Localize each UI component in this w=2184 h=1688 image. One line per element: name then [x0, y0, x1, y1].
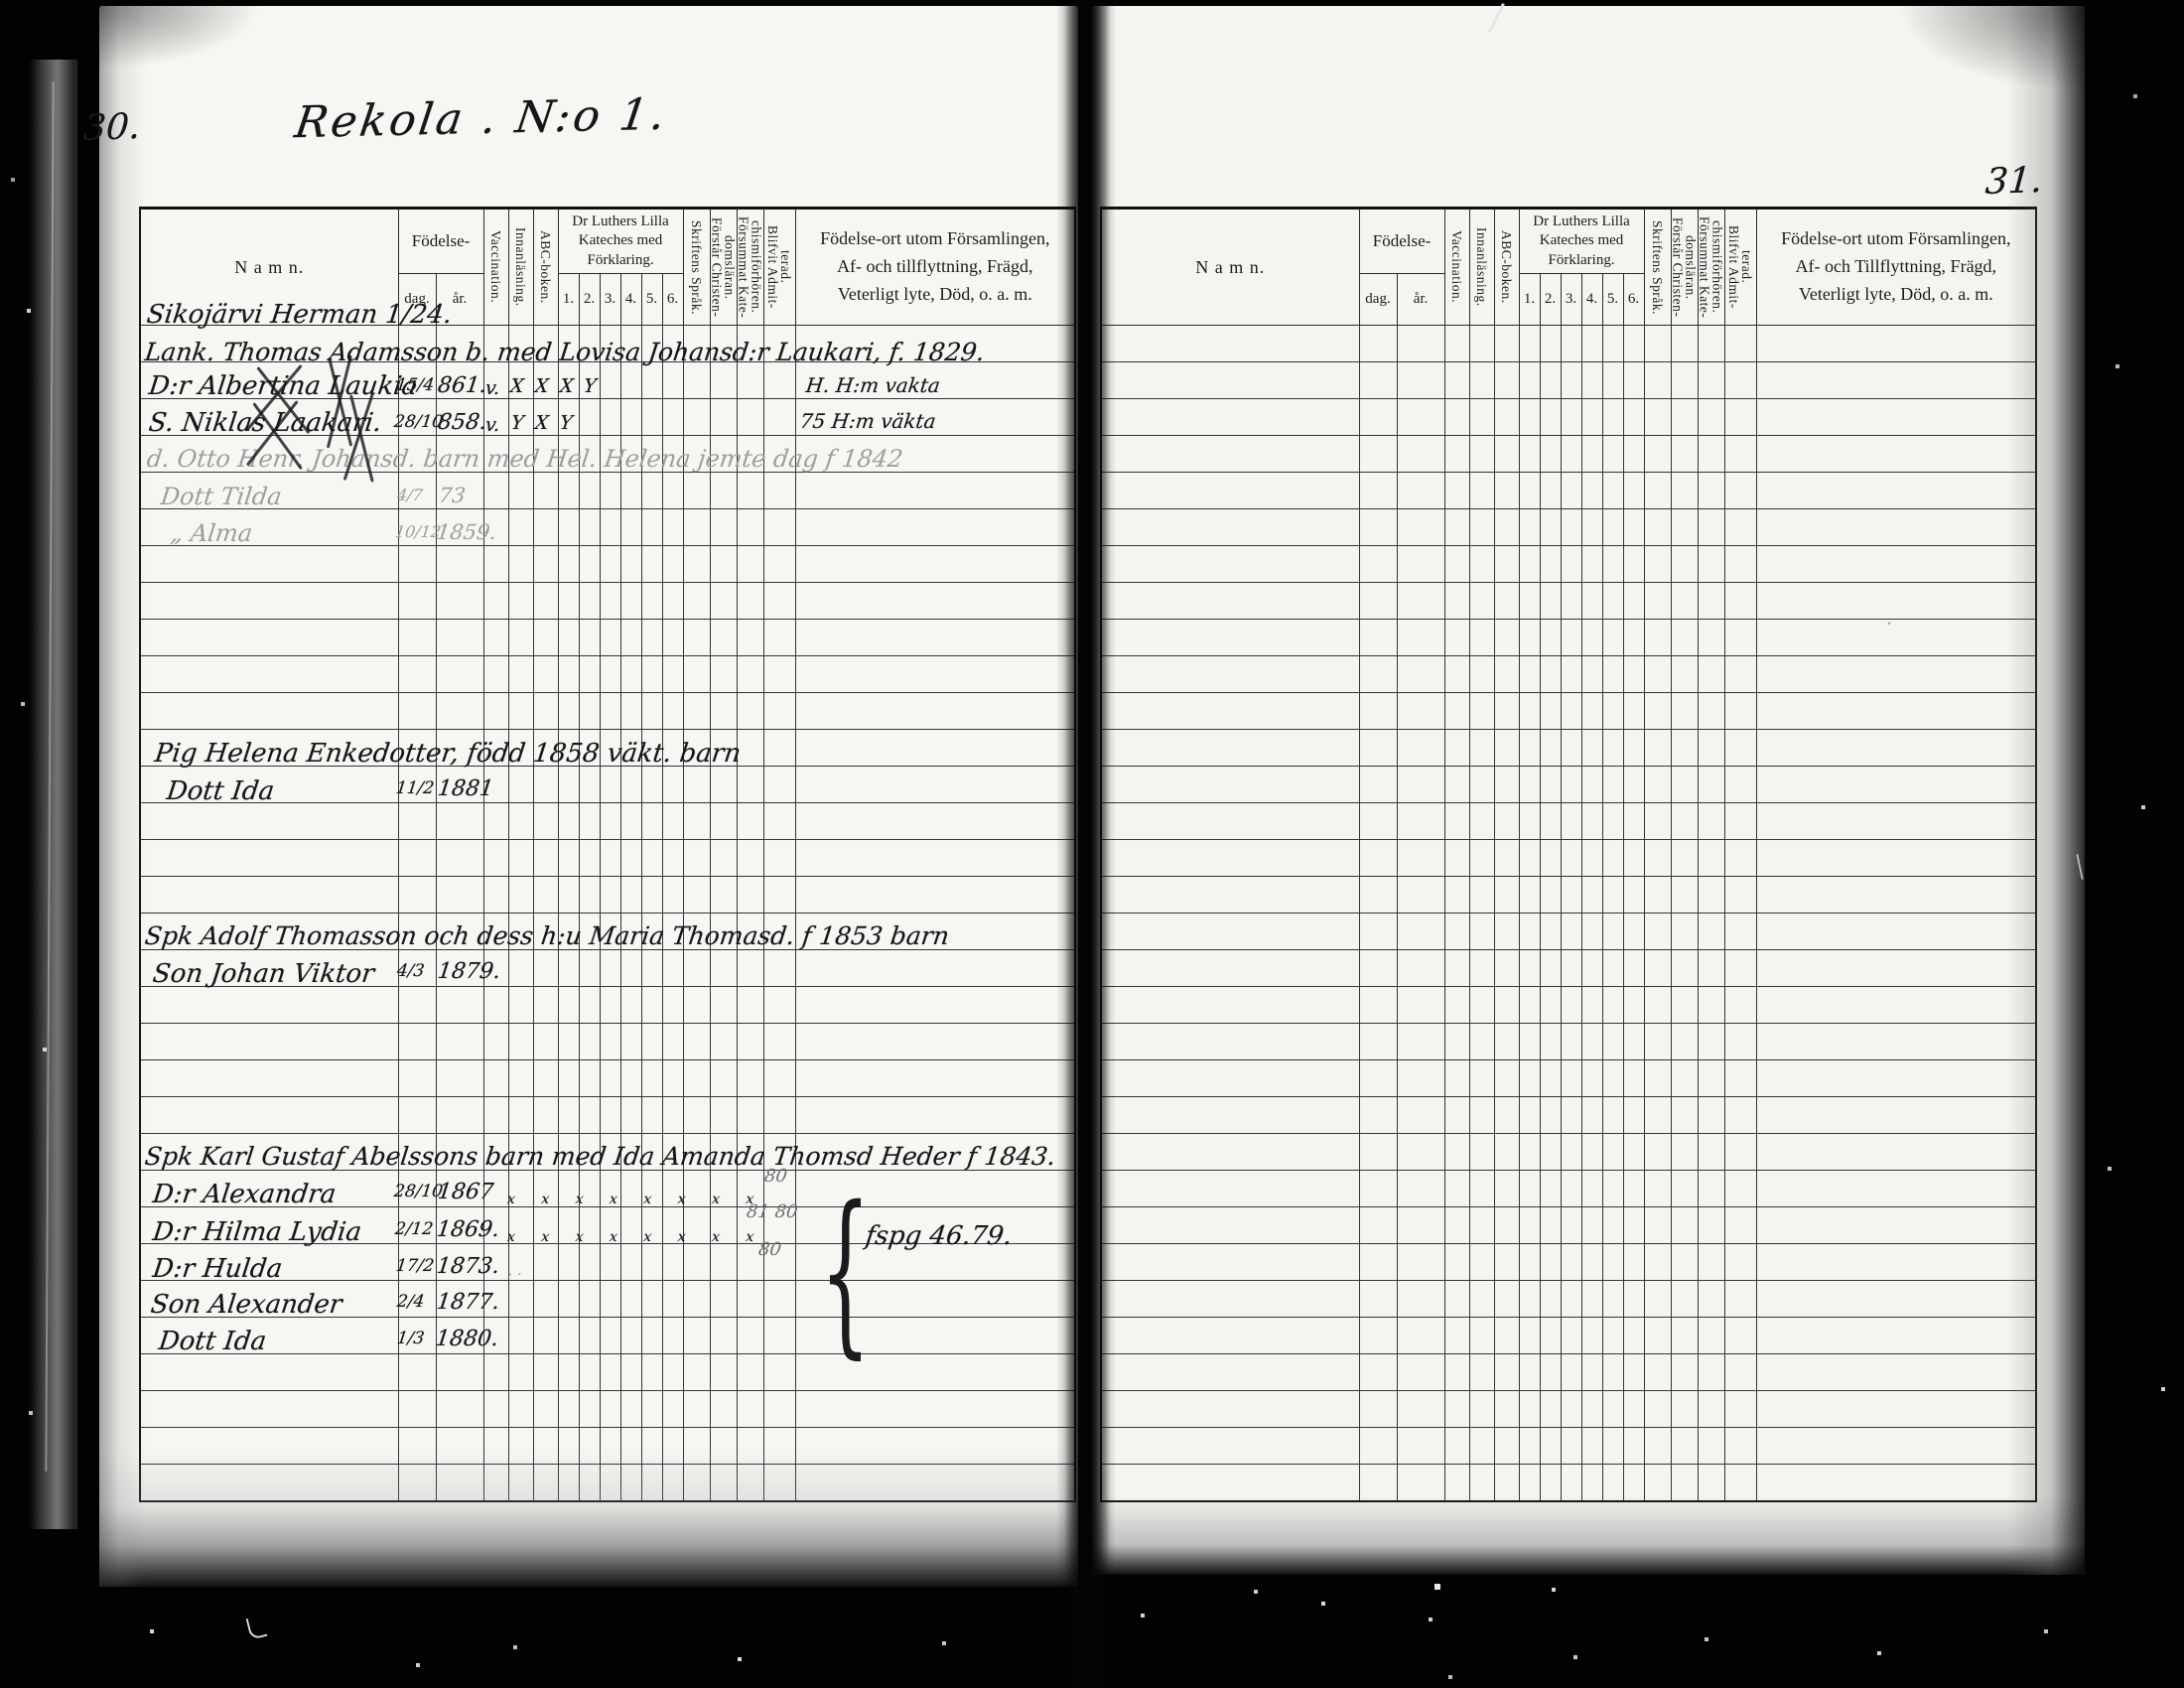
grid-cell — [620, 473, 641, 509]
register-row — [1101, 1281, 2036, 1318]
register-row — [140, 509, 1075, 546]
grid-cell — [763, 803, 795, 840]
grid-cell — [1561, 546, 1581, 583]
grid-cell — [1581, 1207, 1602, 1244]
handwritten-entry: Y — [583, 375, 598, 397]
grid-cell — [1581, 1428, 1602, 1465]
grid-cell — [508, 877, 533, 914]
grid-cell — [1581, 436, 1602, 473]
col-header-kateches-5: 5. — [641, 274, 662, 326]
handwritten-entry: 80 — [757, 1239, 782, 1260]
grid-cell — [1101, 546, 1359, 583]
grid-cell — [483, 987, 508, 1024]
grid-cell — [533, 656, 558, 693]
handwritten-entry: X — [534, 412, 550, 434]
grid-cell — [398, 583, 436, 620]
grid-cell — [1397, 1318, 1444, 1354]
grid-cell — [140, 1097, 398, 1134]
grid-cell — [1540, 840, 1561, 877]
grid-cell — [1644, 803, 1671, 840]
grid-cell — [436, 1391, 483, 1428]
register-row — [1101, 1060, 2036, 1097]
grid-cell — [398, 546, 436, 583]
grid-cell — [1469, 803, 1494, 840]
grid-cell — [1581, 767, 1602, 803]
grid-cell — [1698, 1171, 1724, 1207]
grid-cell — [1602, 1354, 1623, 1391]
col-header-abc-boken: ABC-boken. — [533, 209, 558, 326]
grid-cell — [1359, 399, 1397, 436]
grid-cell — [1469, 877, 1494, 914]
handwritten-entry: 80 — [763, 1166, 788, 1187]
col-header-kateches-1: 1. — [558, 274, 579, 326]
grid-cell — [1724, 914, 1756, 950]
grid-cell — [1494, 840, 1519, 877]
grid-cell — [1561, 1318, 1581, 1354]
grid-cell — [1359, 326, 1397, 362]
handwritten-entry: 1877. — [435, 1290, 500, 1315]
grid-cell — [1623, 1097, 1644, 1134]
grid-cell — [140, 1024, 398, 1060]
grid-cell — [1494, 803, 1519, 840]
grid-cell — [1561, 1097, 1581, 1134]
grid-cell — [558, 1060, 579, 1097]
col-header-kateches-3: 3. — [1561, 274, 1581, 326]
grid-cell — [1698, 767, 1724, 803]
grid-cell — [1623, 1281, 1644, 1318]
grid-cell — [436, 803, 483, 840]
grid-cell — [662, 1354, 683, 1391]
grid-cell — [1671, 693, 1698, 730]
grid-cell — [620, 767, 641, 803]
grid-cell — [710, 1060, 737, 1097]
grid-cell — [1602, 1391, 1623, 1428]
grid-cell — [508, 693, 533, 730]
grid-cell — [558, 546, 579, 583]
register-row — [1101, 399, 2036, 436]
grid-cell — [1469, 914, 1494, 950]
grid-cell — [558, 840, 579, 877]
grid-cell — [1444, 1354, 1469, 1391]
grid-cell — [1359, 656, 1397, 693]
grid-cell — [533, 803, 558, 840]
grid-cell — [1671, 730, 1698, 767]
grid-cell — [1724, 326, 1756, 362]
grid-cell — [1540, 1354, 1561, 1391]
handwritten-entry: 1867 — [436, 1180, 494, 1204]
grid-cell — [1756, 1318, 2036, 1354]
grid-cell — [710, 1024, 737, 1060]
grid-cell — [1623, 620, 1644, 656]
grid-cell — [1756, 1428, 2036, 1465]
grid-cell — [1397, 546, 1444, 583]
handwritten-entry: fspg 46.79. — [864, 1221, 1014, 1251]
grid-cell — [398, 656, 436, 693]
grid-cell — [1561, 987, 1581, 1024]
grid-cell — [558, 1354, 579, 1391]
grid-cell — [1698, 693, 1724, 730]
grid-cell — [600, 546, 620, 583]
grid-cell — [1724, 1207, 1756, 1244]
grid-cell — [795, 1024, 1075, 1060]
grid-cell — [1101, 1354, 1359, 1391]
grid-cell — [600, 950, 620, 987]
grid-cell — [737, 1097, 763, 1134]
grid-cell — [1671, 987, 1698, 1024]
register-row — [140, 1391, 1075, 1428]
grid-cell — [763, 509, 795, 546]
handwritten-entry: 861. — [436, 373, 487, 398]
grid-cell — [763, 1428, 795, 1465]
grid-cell — [1698, 730, 1724, 767]
grid-cell — [1494, 1354, 1519, 1391]
grid-cell — [1644, 730, 1671, 767]
grid-cell — [1698, 1097, 1724, 1134]
scanned-parish-register-spread: N a m n.Födelse-Vaccination.Innanläsning… — [0, 0, 2184, 1688]
grid-cell — [483, 803, 508, 840]
register-row — [1101, 583, 2036, 620]
grid-cell — [1581, 950, 1602, 987]
grid-cell — [600, 1060, 620, 1097]
grid-cell — [641, 693, 662, 730]
grid-cell — [533, 583, 558, 620]
grid-cell — [1698, 1318, 1724, 1354]
grid-cell — [1671, 1281, 1698, 1318]
grid-cell — [483, 1465, 508, 1501]
grid-cell — [398, 620, 436, 656]
grid-cell — [600, 1465, 620, 1501]
grid-cell — [1671, 436, 1698, 473]
register-row — [1101, 1465, 2036, 1501]
grid-cell — [1561, 620, 1581, 656]
grid-cell — [1540, 473, 1561, 509]
grid-cell — [1519, 326, 1540, 362]
col-header-abc-boken: ABC-boken. — [539, 230, 552, 304]
grid-cell — [1581, 546, 1602, 583]
grid-cell — [1602, 509, 1623, 546]
handwritten-entry: Dott Tilda — [159, 483, 283, 510]
grid-cell — [683, 987, 710, 1024]
handwritten-entry: 1/3 — [396, 1329, 426, 1348]
grid-cell — [737, 950, 763, 987]
grid-cell — [763, 987, 795, 1024]
grid-cell — [1494, 1024, 1519, 1060]
handwritten-entry: x x x x x x x x — [506, 1192, 765, 1207]
grid-cell — [533, 1244, 558, 1281]
handwritten-entry: „ Alma — [169, 519, 254, 547]
grid-cell — [1101, 1281, 1359, 1318]
grid-cell — [1602, 583, 1623, 620]
grid-cell — [1581, 840, 1602, 877]
grid-cell — [763, 840, 795, 877]
grid-cell — [763, 877, 795, 914]
grid-cell — [1540, 583, 1561, 620]
register-row — [1101, 1428, 2036, 1465]
grid-cell — [1623, 1318, 1644, 1354]
grid-cell — [1756, 950, 2036, 987]
grid-cell — [662, 950, 683, 987]
grid-cell — [1397, 950, 1444, 987]
grid-cell — [795, 509, 1075, 546]
col-header-kateches-6: 6. — [1623, 274, 1644, 326]
grid-cell — [620, 546, 641, 583]
grid-cell — [508, 1354, 533, 1391]
grid-cell — [1581, 693, 1602, 730]
col-header-blifvit-admitterad: Blifvit Admit- terad. — [1724, 209, 1756, 326]
grid-cell — [533, 1391, 558, 1428]
grid-cell — [1602, 399, 1623, 436]
register-row — [1101, 326, 2036, 362]
grid-cell — [1519, 950, 1540, 987]
grid-cell — [1671, 1465, 1698, 1501]
grid-cell — [1469, 693, 1494, 730]
grid-cell — [1724, 693, 1756, 730]
grid-cell — [1756, 326, 2036, 362]
grid-cell — [1623, 1465, 1644, 1501]
col-header-forsummat-katechismiforhoren: Försummat Kate- chismiförhören. — [1698, 209, 1724, 326]
grid-cell — [710, 1097, 737, 1134]
grid-cell — [558, 473, 579, 509]
grid-cell — [1494, 730, 1519, 767]
col-header-innanlasning: Innanläsning. — [514, 227, 527, 307]
grid-cell — [1644, 1097, 1671, 1134]
grid-cell — [683, 840, 710, 877]
grid-cell — [1724, 877, 1756, 914]
grid-cell — [683, 1428, 710, 1465]
grid-cell — [579, 693, 600, 730]
grid-cell — [533, 767, 558, 803]
grid-cell — [1359, 583, 1397, 620]
grid-cell — [508, 840, 533, 877]
handwritten-entry: v. — [484, 414, 501, 436]
grid-cell — [508, 1428, 533, 1465]
grid-cell — [1397, 803, 1444, 840]
grid-cell — [1756, 1134, 2036, 1171]
grid-cell — [1623, 509, 1644, 546]
grid-cell — [662, 656, 683, 693]
grid-cell — [579, 877, 600, 914]
grid-cell — [1494, 1060, 1519, 1097]
grid-cell — [620, 1465, 641, 1501]
grid-cell — [683, 546, 710, 583]
grid-cell — [1397, 620, 1444, 656]
grid-cell — [1444, 436, 1469, 473]
grid-cell — [1469, 1060, 1494, 1097]
grid-cell — [1444, 1244, 1469, 1281]
col-header-skriftens-sprak: Skriftens Språk. — [1651, 220, 1664, 315]
grid-cell — [1494, 1391, 1519, 1428]
grid-cell — [620, 1244, 641, 1281]
grid-cell — [1671, 803, 1698, 840]
register-row — [1101, 1391, 2036, 1428]
grid-cell — [1540, 1391, 1561, 1428]
grid-cell — [436, 877, 483, 914]
grid-cell — [1561, 1171, 1581, 1207]
grid-cell — [1359, 1428, 1397, 1465]
grid-cell — [1397, 840, 1444, 877]
grid-cell — [1540, 1171, 1561, 1207]
grid-cell — [1444, 1097, 1469, 1134]
handwritten-entry: Y — [510, 412, 525, 434]
grid-cell — [1644, 583, 1671, 620]
grid-cell — [1602, 767, 1623, 803]
grid-cell — [641, 656, 662, 693]
grid-cell — [1724, 767, 1756, 803]
grid-cell — [1581, 473, 1602, 509]
grid-cell — [1359, 1024, 1397, 1060]
grid-cell — [1469, 583, 1494, 620]
grid-cell — [1469, 1391, 1494, 1428]
bottom-hook-scratch — [246, 1615, 268, 1639]
register-row — [140, 803, 1075, 840]
grid-cell — [1101, 620, 1359, 656]
grid-cell — [763, 399, 795, 436]
grid-cell — [140, 1428, 398, 1465]
grid-cell — [600, 877, 620, 914]
grid-cell — [1397, 987, 1444, 1024]
grid-cell — [533, 1354, 558, 1391]
grid-cell — [579, 1244, 600, 1281]
grid-cell — [1756, 914, 2036, 950]
grid-cell — [600, 1024, 620, 1060]
grid-cell — [1444, 1281, 1469, 1318]
grid-cell — [1469, 950, 1494, 987]
handwritten-entry: D:r Hilma Lydia — [151, 1217, 363, 1247]
grid-cell — [1602, 1281, 1623, 1318]
grid-cell — [140, 693, 398, 730]
grid-cell — [1756, 1207, 2036, 1244]
grid-cell — [1397, 693, 1444, 730]
grid-cell — [620, 656, 641, 693]
grid-cell — [483, 877, 508, 914]
grid-cell — [620, 1354, 641, 1391]
grid-cell — [1101, 914, 1359, 950]
grid-cell — [1756, 767, 2036, 803]
grid-cell — [1581, 326, 1602, 362]
grid-cell — [1494, 877, 1519, 914]
grid-cell — [737, 399, 763, 436]
handwritten-page-number: 30. — [81, 106, 141, 149]
grid-cell — [1671, 1354, 1698, 1391]
grid-cell — [1756, 583, 2036, 620]
grid-cell — [398, 803, 436, 840]
grid-cell — [620, 1391, 641, 1428]
handwritten-entry: Spk Adolf Thomasson och dess h:u Maria T… — [143, 921, 951, 950]
grid-cell — [1644, 877, 1671, 914]
grid-cell — [710, 987, 737, 1024]
grid-cell — [1724, 1244, 1756, 1281]
grid-cell — [1756, 1024, 2036, 1060]
grid-cell — [710, 1354, 737, 1391]
register-row — [140, 620, 1075, 656]
grid-cell — [436, 1465, 483, 1501]
grid-cell — [1602, 1171, 1623, 1207]
grid-cell — [1561, 840, 1581, 877]
col-header-forstar-christendomslaran: Förstår Christen- domsläran. — [710, 209, 737, 326]
grid-cell — [662, 840, 683, 877]
grid-cell — [1540, 1465, 1561, 1501]
grid-cell — [1756, 803, 2036, 840]
grid-cell — [1540, 730, 1561, 767]
grid-cell — [1698, 1207, 1724, 1244]
col-header-forstar-christendomslaran: Förstår Christen- domsläran. — [1672, 217, 1698, 317]
grid-cell — [641, 1391, 662, 1428]
grid-cell — [662, 1428, 683, 1465]
grid-cell — [1623, 767, 1644, 803]
grid-cell — [710, 1428, 737, 1465]
grid-cell — [1561, 1391, 1581, 1428]
grid-cell — [737, 1354, 763, 1391]
grid-cell — [1444, 877, 1469, 914]
grid-cell — [600, 767, 620, 803]
grid-cell — [1561, 362, 1581, 399]
grid-cell — [579, 1281, 600, 1318]
grid-cell — [1623, 840, 1644, 877]
grid-cell — [1101, 1465, 1359, 1501]
grid-cell — [737, 1024, 763, 1060]
grid-cell — [1519, 840, 1540, 877]
grid-cell — [558, 950, 579, 987]
grid-cell — [1644, 987, 1671, 1024]
grid-cell — [683, 1391, 710, 1428]
grid-cell — [1469, 620, 1494, 656]
grid-cell — [641, 877, 662, 914]
grid-cell — [533, 987, 558, 1024]
grid-cell — [1756, 399, 2036, 436]
col-header-innanlasning: Innanläsning. — [1475, 227, 1488, 307]
register-row — [140, 693, 1075, 730]
grid-cell — [710, 362, 737, 399]
grid-cell — [1644, 693, 1671, 730]
grid-cell — [1671, 473, 1698, 509]
grid-cell — [1540, 803, 1561, 840]
grid-cell — [1540, 693, 1561, 730]
grid-cell — [737, 877, 763, 914]
col-header-forsummat-katechismiforhoren: Försummat Kate- chismiförhören. — [1699, 216, 1724, 318]
grid-cell — [795, 473, 1075, 509]
grid-cell — [1644, 1428, 1671, 1465]
handwritten-entry: , . — [507, 1261, 524, 1279]
handwritten-entry: 11/2 — [395, 778, 436, 798]
register-row — [140, 1024, 1075, 1060]
grid-cell — [483, 1391, 508, 1428]
grid-cell — [1540, 1318, 1561, 1354]
grid-cell — [1540, 509, 1561, 546]
grid-cell — [641, 399, 662, 436]
grid-cell — [1602, 1318, 1623, 1354]
grid-cell — [508, 1060, 533, 1097]
register-row — [140, 546, 1075, 583]
grid-cell — [710, 656, 737, 693]
grid-cell — [1494, 1207, 1519, 1244]
grid-cell — [483, 1354, 508, 1391]
grid-cell — [737, 509, 763, 546]
register-row — [140, 767, 1075, 803]
grid-cell — [1698, 326, 1724, 362]
grid-cell — [1469, 1318, 1494, 1354]
grid-cell — [398, 1391, 436, 1428]
grid-cell — [1561, 730, 1581, 767]
grid-cell — [558, 1465, 579, 1501]
grid-cell — [641, 546, 662, 583]
grid-cell — [1756, 693, 2036, 730]
grid-cell — [763, 1465, 795, 1501]
grid-cell — [1519, 693, 1540, 730]
grid-cell — [1581, 1465, 1602, 1501]
grid-cell — [1519, 1171, 1540, 1207]
grid-cell — [737, 1428, 763, 1465]
grid-cell — [1671, 950, 1698, 987]
